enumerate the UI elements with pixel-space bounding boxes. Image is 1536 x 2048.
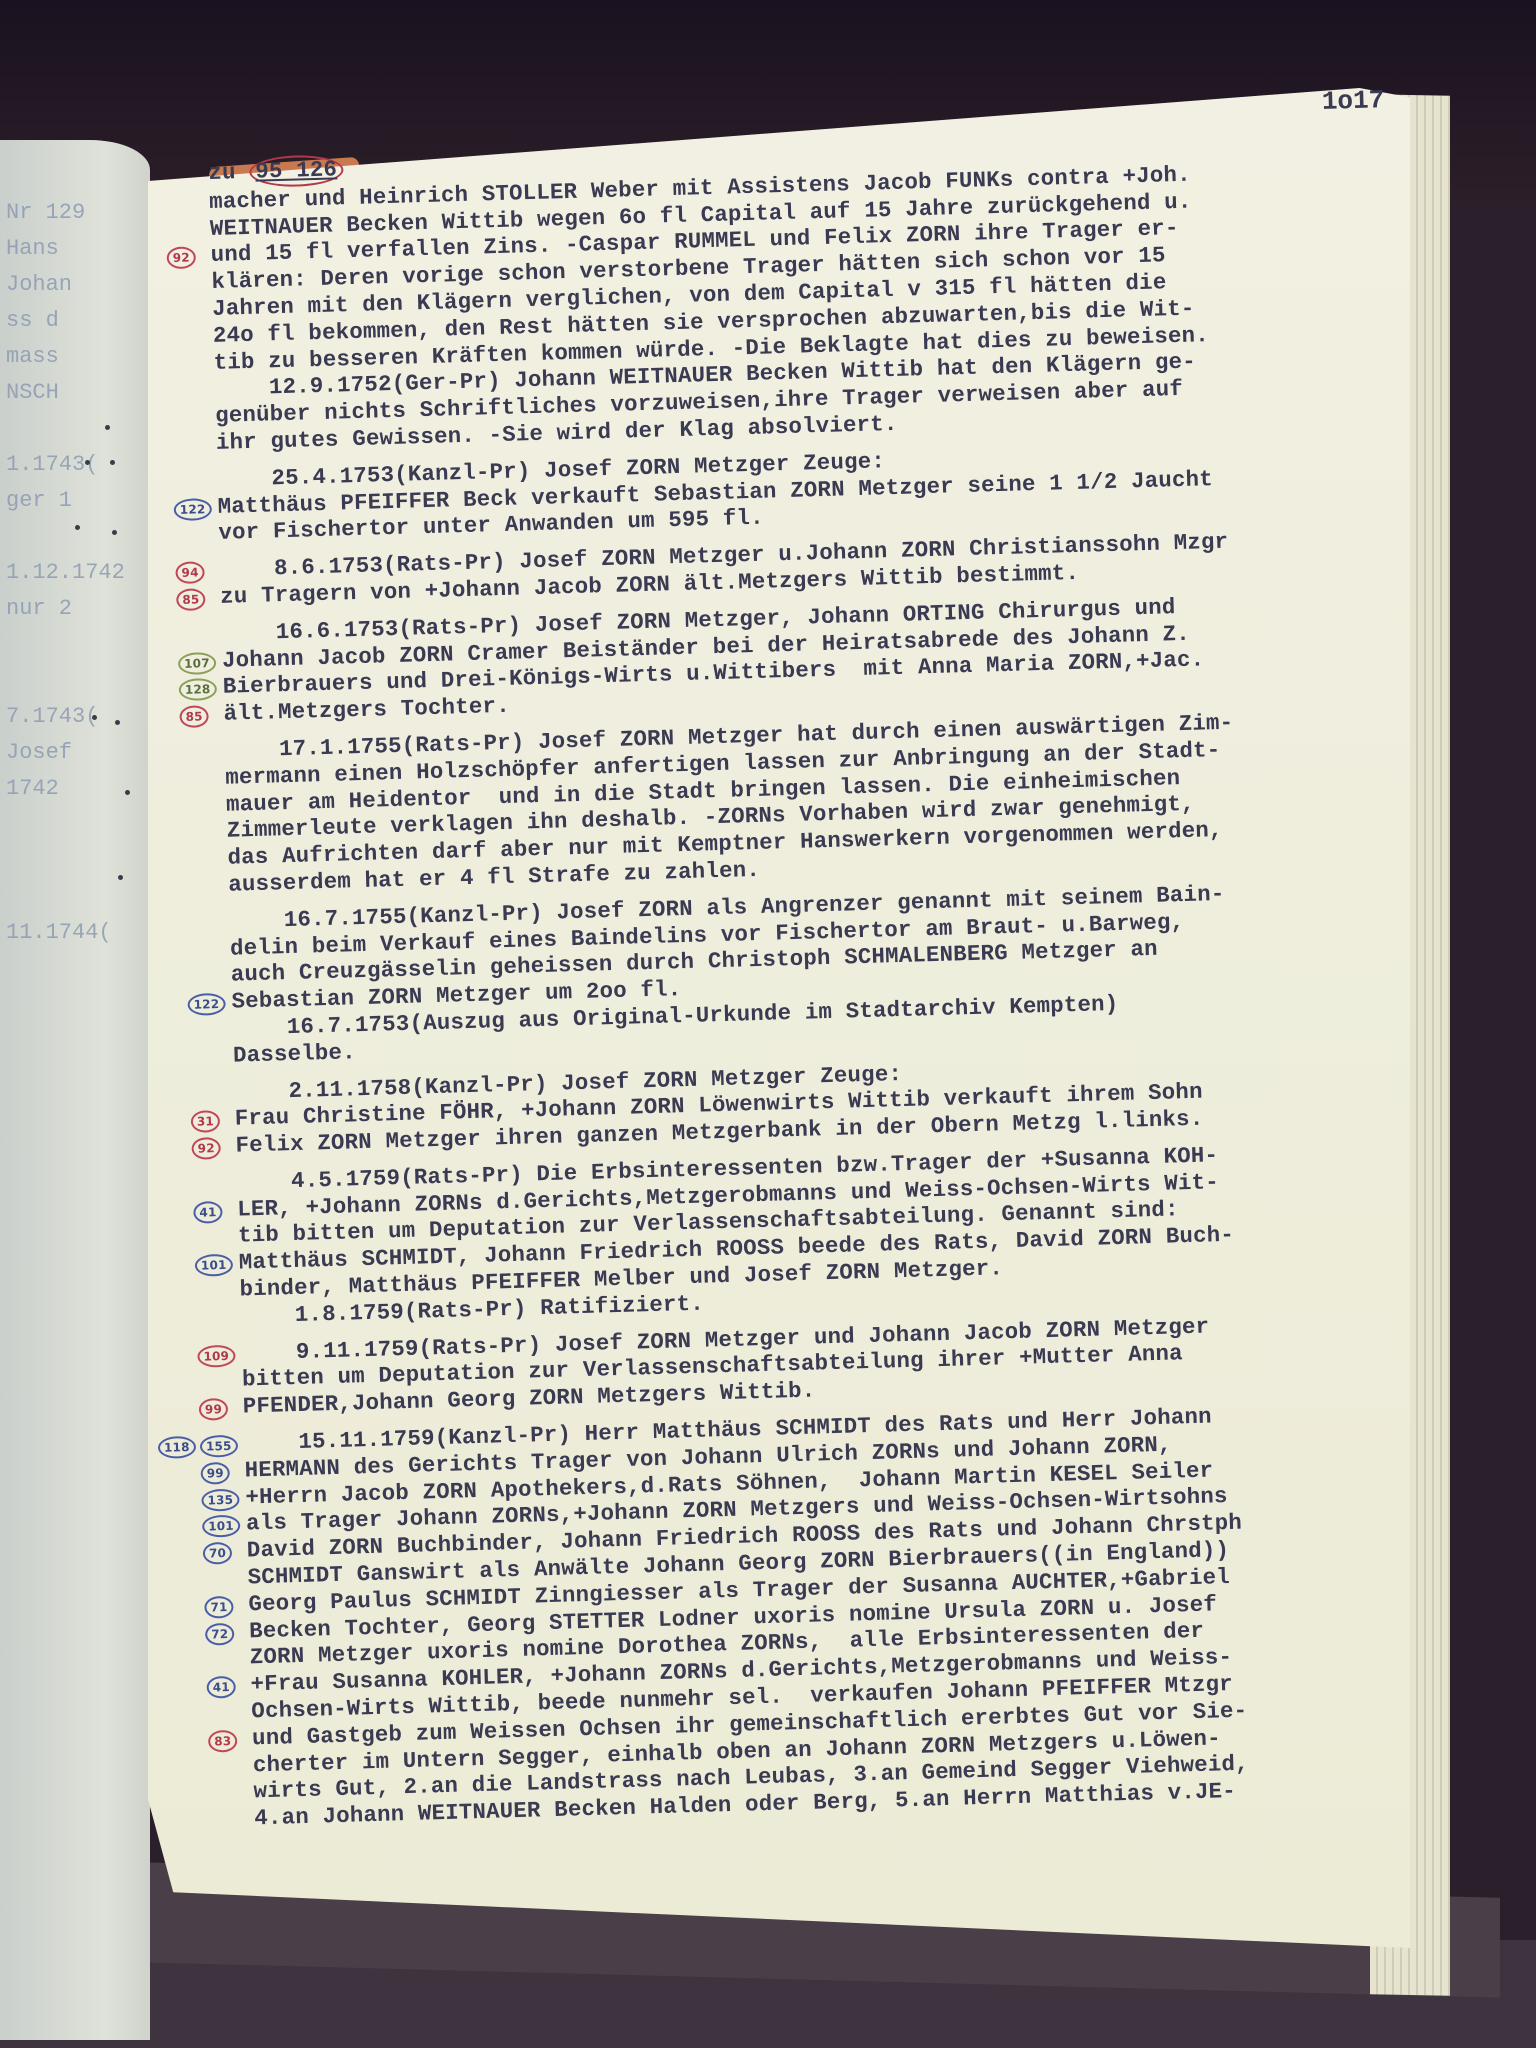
punch-dot — [112, 530, 117, 535]
left-page-text-fragment: Johan — [6, 272, 72, 297]
punch-dot — [125, 790, 130, 795]
punch-dot — [85, 460, 90, 465]
left-page-text-fragment: Josef — [6, 740, 72, 765]
reference-prefix: zu — [208, 159, 250, 186]
left-page-text-fragment: NSCH — [6, 380, 59, 405]
punch-dot — [110, 460, 115, 465]
line-text: Dasselbe. — [233, 1039, 356, 1068]
left-page-text-fragment: nur 2 — [6, 596, 72, 621]
left-page-text-fragment: ss d — [6, 308, 59, 333]
left-page-text-fragment: Nr 129 — [6, 200, 85, 225]
left-page-text-fragment: 1.1743( — [6, 452, 98, 477]
left-page-text-fragment: 1742 — [6, 776, 72, 801]
punch-dot — [115, 720, 120, 725]
left-page-text-fragment: 11.1744( — [6, 920, 112, 945]
left-page-text-fragment: 7.1743( — [6, 704, 98, 729]
left-page: Nr 129HansJohanss dmassNSCH1.1743(ger 11… — [0, 140, 150, 2040]
document-content: 1o17 zu 95 126macher und Heinrich STOLLE… — [208, 125, 1434, 1832]
text-lines: zu 95 126macher und Heinrich STOLLER Web… — [208, 125, 1434, 1832]
circled-reference-numbers: 95 126 — [249, 154, 344, 187]
punch-dot — [118, 875, 123, 880]
left-page-text-fragment: 1.12.1742 — [6, 560, 125, 585]
punch-dot — [75, 525, 80, 530]
page-number: 1o17 — [1321, 85, 1384, 117]
left-page-text-fragment: ger 1 — [6, 488, 72, 513]
left-page-text-fragment: Hans — [6, 236, 59, 261]
punch-dot — [92, 715, 97, 720]
punch-dot — [105, 425, 110, 430]
left-page-text-fragment: mass — [6, 344, 59, 369]
